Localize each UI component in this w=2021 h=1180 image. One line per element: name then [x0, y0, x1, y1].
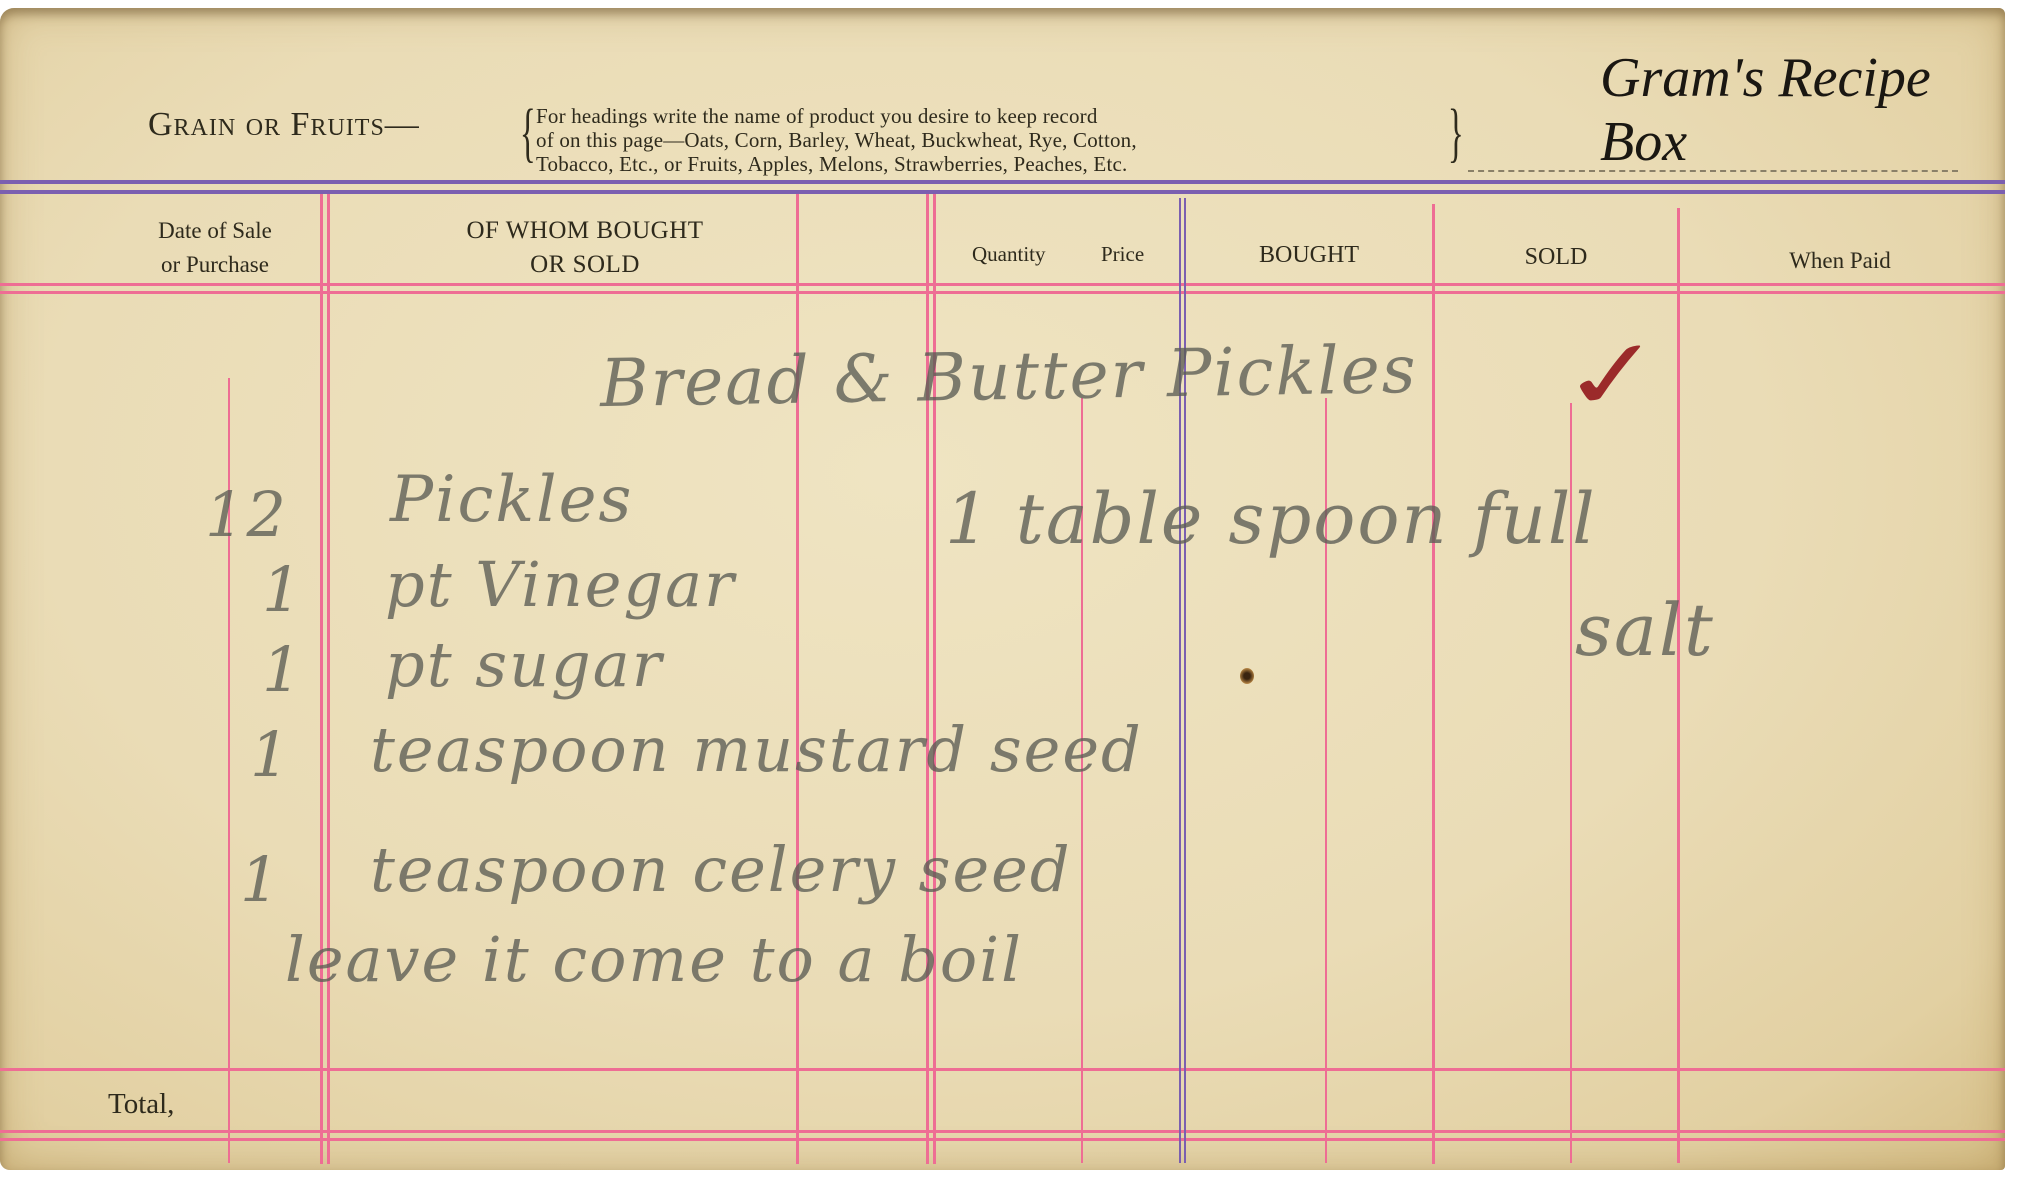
ingredient-qty-5: 1	[240, 843, 281, 916]
header-quantity: Quantity	[972, 242, 1046, 267]
rule-date	[320, 194, 323, 1164]
header-bought: BOUGHT	[1186, 242, 1432, 269]
instruction-line-1: For headings write the name of product y…	[536, 104, 1137, 128]
rule-sold	[1432, 204, 1435, 1164]
header-pink-rule	[0, 283, 2005, 286]
brand-title: Gram's Recipe Box	[1600, 46, 2005, 174]
ingredient-qty-1: 12	[205, 478, 288, 551]
header-price: Price	[1101, 242, 1144, 267]
ingredient-item-3: pt sugar	[385, 628, 663, 701]
ingredient-item-4: teaspoon mustard seed	[370, 713, 1143, 786]
recipe-card: Gram's Recipe Box Grain or Fruits— { } F…	[0, 8, 2005, 1170]
recipe-title: Bread & Butter Pickles	[599, 331, 1418, 422]
header-sold: SOLD	[1435, 244, 1677, 271]
ingredient-item-5: teaspoon celery seed	[370, 833, 1072, 906]
left-brace: {	[520, 100, 536, 166]
stain-spot	[1240, 668, 1254, 684]
header-date: Date of Sale or Purchase	[130, 214, 300, 282]
ingredient-qty-3: 1	[262, 633, 303, 706]
section-title: Grain or Fruits—	[148, 106, 420, 144]
header-whom: OF WHOM BOUGHT OR SOLD	[330, 214, 840, 282]
total-rule	[0, 1068, 2005, 1071]
total-label: Total,	[108, 1088, 174, 1121]
side-note-salt: salt	[1575, 588, 1715, 672]
ingredient-item-2: pt Vinegar	[385, 548, 736, 621]
header-when-paid: When Paid	[1680, 248, 2000, 274]
ingredient-item-1: Pickles	[390, 463, 633, 537]
instruction-line-3: Tobacco, Etc., or Fruits, Apples, Melons…	[536, 152, 1137, 176]
ingredient-qty-2: 1	[262, 553, 303, 626]
purple-double-rule	[0, 180, 2005, 184]
right-brace: }	[1448, 100, 1464, 166]
ingredient-qty-4: 1	[250, 718, 291, 791]
check-mark: ✓	[1553, 316, 1672, 435]
dashed-rule	[1468, 170, 1958, 172]
instructions: For headings write the name of product y…	[536, 104, 1137, 176]
rule-when-paid	[1677, 208, 1680, 1163]
instruction-boil: leave it come to a boil	[285, 923, 1023, 996]
side-note-tablespoon: 1 table spoon full	[945, 478, 1597, 560]
bottom-double-rule	[0, 1130, 2005, 1133]
instruction-line-2: of on this page—Oats, Corn, Barley, Whea…	[536, 128, 1137, 152]
rule-whom	[796, 194, 799, 1164]
